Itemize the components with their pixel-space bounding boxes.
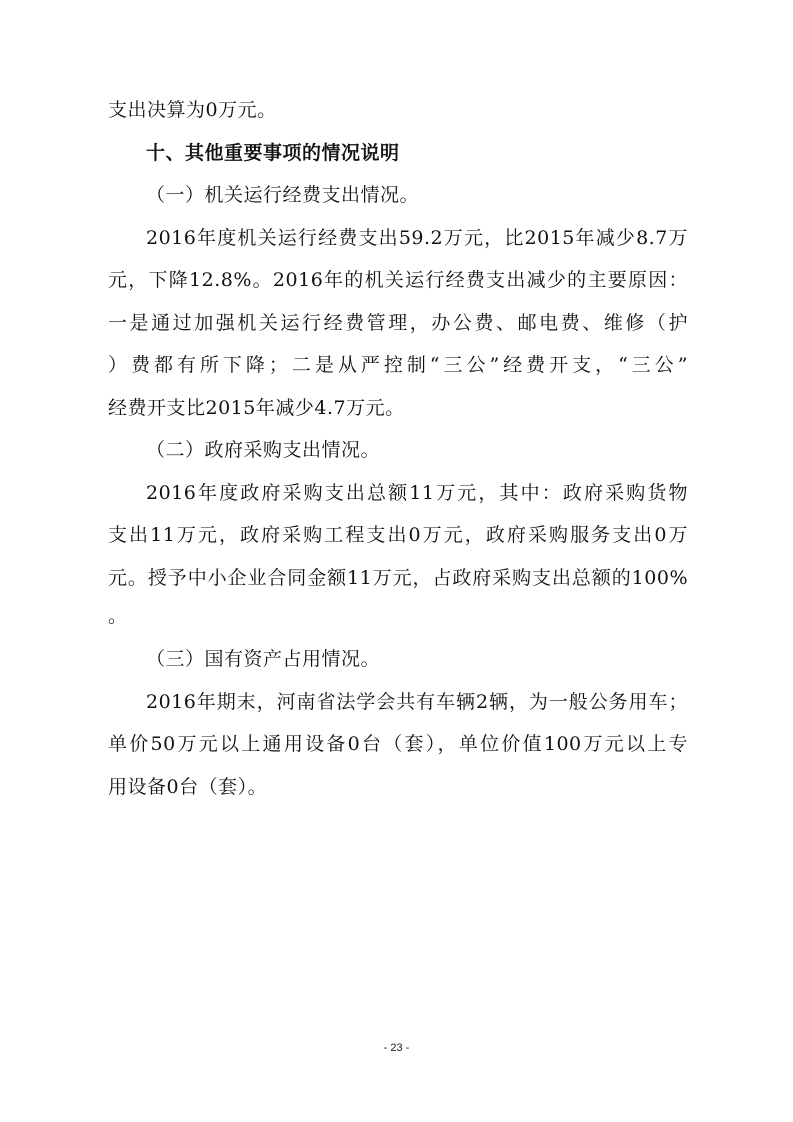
paragraph-line: 。	[108, 604, 128, 628]
subsection-heading-2: （二）政府采购支出情况。	[146, 438, 380, 462]
paragraph-line: 元。授予中小企业合同金额11万元，占政府采购支出总额的100%	[108, 566, 688, 590]
paragraph-line: 经费开支比2015年减少4.7万元。	[108, 396, 405, 420]
paragraph-line: 2016年度机关运行经费支出59.2万元，比2015年减少8.7万	[146, 226, 688, 250]
paragraph-line: 单价50万元以上通用设备0台（套），单位价值100万元以上专	[108, 732, 688, 756]
paragraph-line: 2016年度政府采购支出总额11万元，其中：政府采购货物	[146, 481, 688, 505]
paragraph-line: 2016年期末，河南省法学会共有车辆2辆，为一般公务用车；	[146, 690, 688, 714]
paragraph-line: 支出决算为0万元。	[108, 98, 277, 122]
section-heading: 十、其他重要事项的情况说明	[146, 141, 400, 165]
paragraph-line: 支出11万元，政府采购工程支出0万元，政府采购服务支出0万	[108, 523, 688, 547]
paragraph-line: 用设备0台（套）。	[108, 775, 267, 799]
paragraph-line: 一是通过加强机关运行经费管理，办公费、邮电费、维修（护	[108, 311, 688, 335]
paragraph-line: 元，下降12.8%。2016年的机关运行经费支出减少的主要原因：	[108, 268, 688, 292]
subsection-heading-1: （一）机关运行经费支出情况。	[146, 183, 419, 207]
paragraph-line: ）费都有所下降；二是从严控制“三公”经费开支，“三公”	[108, 353, 688, 377]
subsection-heading-3: （三）国有资产占用情况。	[146, 647, 380, 671]
page-number: - 23 -	[0, 1042, 793, 1054]
